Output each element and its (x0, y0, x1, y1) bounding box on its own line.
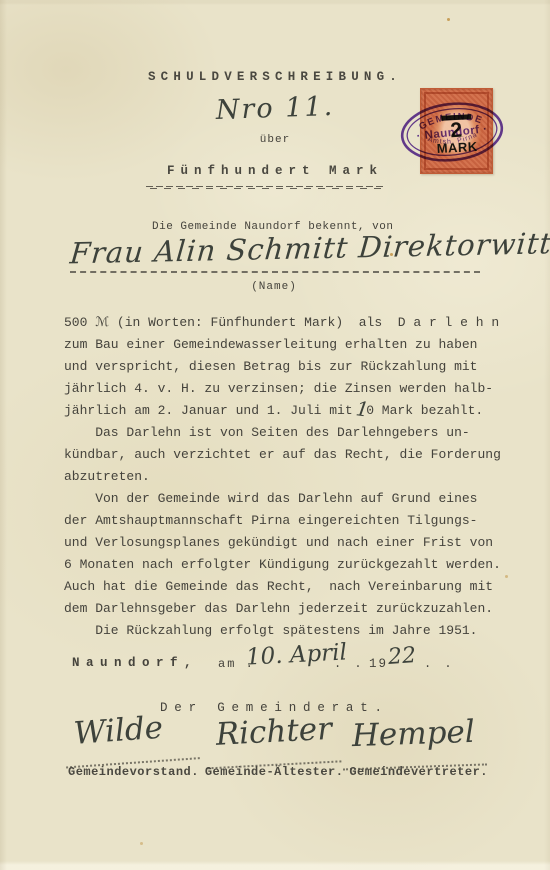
body-line: und verspricht, diesen Betrag bis zur Rü… (64, 356, 488, 378)
paper-speck (447, 18, 450, 21)
date-line: Naundorf, am . 10. April . . 19 22 . . (0, 648, 550, 688)
amount-underline (146, 186, 384, 189)
body-line: jährlich 4. v. H. zu verzinsen; die Zins… (64, 378, 488, 400)
body-line: Auch hat die Gemeinde das Recht, nach Ve… (64, 576, 488, 598)
body-line: und Verlosungsplanes gekündigt und nach … (64, 532, 488, 554)
body-line-interest: jährlich am 2. Januar und 1. Juli mit 10… (64, 400, 488, 422)
date-day-handwritten: 10. April (245, 639, 347, 670)
date-year-typed: 19 (369, 657, 388, 671)
body-line: der Amtshauptmannschaft Pirna eingereich… (64, 510, 488, 532)
signature-gemeindevertreter: Hempel (351, 714, 473, 764)
body-line: kündbar, auch verzichtet er auf das Rech… (64, 444, 488, 466)
document-title: SCHULDVERSCHREIBUNG. (0, 70, 550, 84)
body-line: Von der Gemeinde wird das Darlehn auf Gr… (64, 488, 488, 510)
interest-prefix: jährlich am 2. Januar und 1. Juli mit (64, 403, 360, 418)
body-line: Das Darlehn ist von Seiten des Darlehnge… (64, 422, 488, 444)
signature-gemeindevorstand: Wilde (73, 708, 186, 762)
municipal-oval-seal: GEMEINDE · Naundorf · Amtsh. Pirna (396, 96, 508, 169)
interest-suffix: 0 Mark bezahlt. (366, 403, 483, 418)
body-line: dem Darlehnsgeber das Darlehn jederzeit … (64, 598, 488, 620)
signature-titles-row: Gemeindevorstand. Gemeinde-Ältester. Gem… (68, 765, 488, 779)
body-line: abzutreten. (64, 466, 488, 488)
body-line: zum Bau einer Gemeindewasserleitung erha… (64, 334, 488, 356)
date-dots: . . (424, 657, 455, 671)
signer-title: Gemeinde-Ältester. (205, 765, 344, 779)
date-place: Naundorf, (72, 656, 198, 670)
paper-speck (505, 575, 508, 578)
signature-name: Wilde (73, 710, 165, 752)
date-year-handwritten: 22 (387, 643, 417, 670)
name-dashed-baseline (70, 271, 480, 273)
paper-speck (390, 253, 393, 256)
bond-document-page: SCHULDVERSCHREIBUNG. Nro 11. über Fünfhu… (0, 0, 550, 870)
body-text-block: 500 ℳ (in Worten: Fünfhundert Mark) als … (64, 312, 488, 642)
body-line: Die Rückzahlung erfolgt spätestens im Ja… (64, 620, 488, 642)
signer-title: Gemeindevertreter. (349, 765, 488, 779)
signature-gemeinde-aeltester: Richter (215, 711, 327, 763)
signature-name: Hempel (351, 714, 475, 754)
body-line: 500 ℳ (in Worten: Fünfhundert Mark) als … (64, 312, 488, 334)
date-dots: . . (334, 657, 365, 671)
lender-name-handwritten: Frau Alin Schmitt Direktorwittwe (69, 228, 488, 271)
body-line: 6 Monaten nach erfolgter Kündigung zurüc… (64, 554, 488, 576)
signature-name: Richter (215, 711, 333, 753)
name-caption: (Name) (64, 281, 484, 293)
signer-title: Gemeindevorstand. (68, 765, 199, 779)
interest-handwritten-digit: 1 (356, 403, 370, 415)
paper-speck (140, 842, 143, 845)
